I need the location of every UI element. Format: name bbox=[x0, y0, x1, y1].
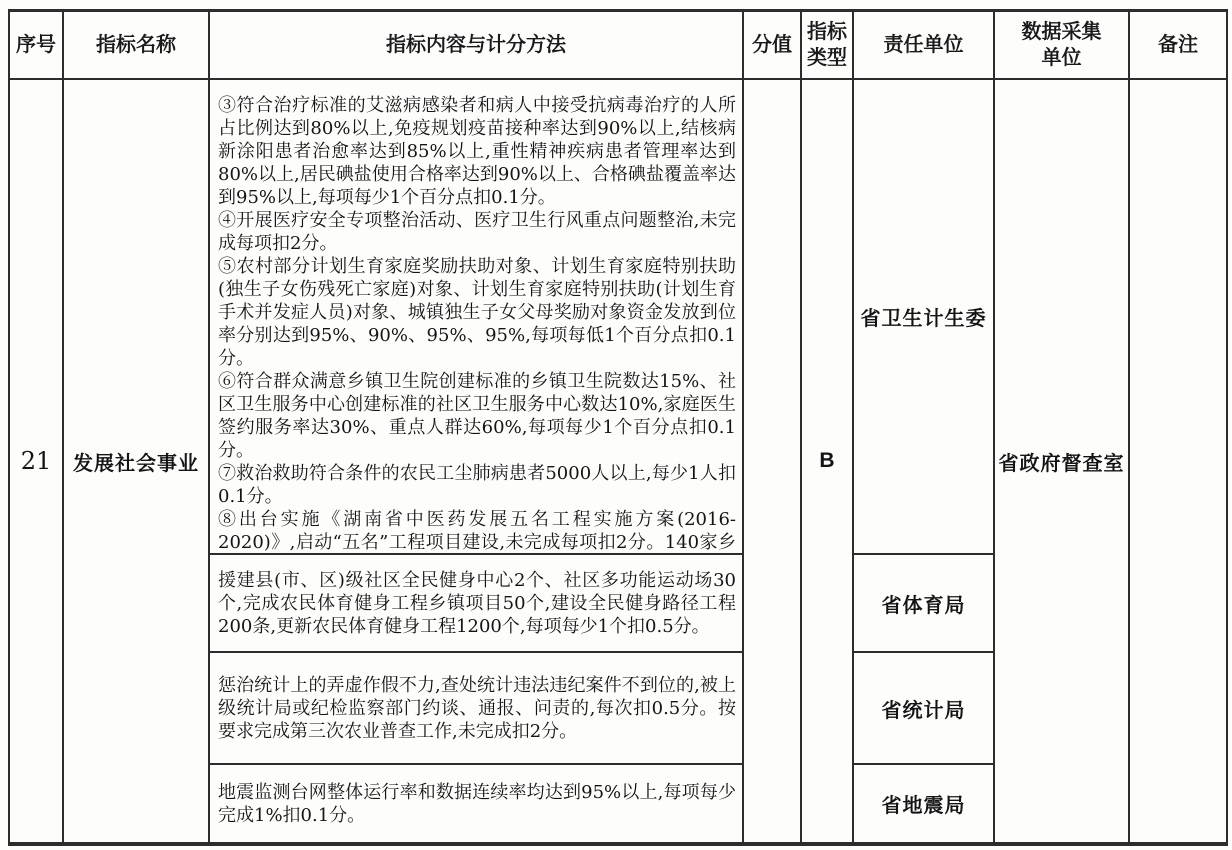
indicator-table: 序号 指标名称 指标内容与计分方法 分值 指标类型 责任单位 数据采集单位 备注… bbox=[8, 9, 1228, 846]
row-remark bbox=[1130, 80, 1226, 842]
paragraph-sports: 援建县(市、区)级社区全民健身中心2个、社区多功能运动场30个,完成农民体育健身… bbox=[218, 569, 736, 638]
row-indicator-name: 发展社会事业 bbox=[64, 80, 210, 842]
responsible-unit-seismology: 省地震局 bbox=[854, 765, 995, 842]
row-data-collection-unit: 省政府督查室 bbox=[995, 80, 1130, 842]
paragraph-health-6: ⑥符合群众满意乡镇卫生院创建标准的乡镇卫生院数达15%、社区卫生服务中心创建标准… bbox=[218, 370, 736, 462]
col-header-indicator-type: 指标类型 bbox=[802, 12, 854, 80]
paragraph-health-3: ③符合治疗标准的艾滋病感染者和病人中接受抗病毒治疗的人所占比例达到80%以上,免… bbox=[218, 94, 736, 209]
responsible-unit-health: 省卫生计生委 bbox=[854, 80, 995, 555]
col-header-content-method: 指标内容与计分方法 bbox=[210, 12, 744, 80]
paragraph-health-7: ⑦救治救助符合条件的农民工尘肺病患者5000人以上,每少1人扣0.1分。 bbox=[218, 462, 736, 508]
content-cell-health: ③符合治疗标准的艾滋病感染者和病人中接受抗病毒治疗的人所占比例达到80%以上,免… bbox=[210, 80, 744, 555]
col-header-responsible-unit: 责任单位 bbox=[854, 12, 995, 80]
content-cell-sports: 援建县(市、区)级社区全民健身中心2个、社区多功能运动场30个,完成农民体育健身… bbox=[210, 555, 744, 653]
responsible-unit-statistics: 省统计局 bbox=[854, 653, 995, 765]
paragraph-health-5: ⑤农村部分计划生育家庭奖励扶助对象、计划生育家庭特别扶助(独生子女伤残死亡家庭)… bbox=[218, 255, 736, 370]
paragraph-seismology: 地震监测台网整体运行率和数据连续率均达到95%以上,每项每少完成1%扣0.1分。 bbox=[218, 781, 736, 827]
content-cell-statistics: 惩治统计上的弄虚作假不力,查处统计违法违纪案件不到位的,被上级统计局或纪检监察部… bbox=[210, 653, 744, 765]
col-header-remark: 备注 bbox=[1130, 12, 1226, 80]
col-header-serial: 序号 bbox=[10, 12, 64, 80]
paragraph-health-4: ④开展医疗安全专项整治活动、医疗卫生行风重点问题整治,未完成每项扣2分。 bbox=[218, 209, 736, 255]
paragraph-health-8: ⑧出台实施《湖南省中医药发展五名工程实施方案(2016-2020)》,启动“五名… bbox=[218, 508, 736, 555]
col-header-data-collection-unit: 数据采集单位 bbox=[995, 12, 1130, 80]
paragraph-statistics: 惩治统计上的弄虚作假不力,查处统计违法违纪案件不到位的,被上级统计局或纪检监察部… bbox=[218, 674, 736, 743]
document-page: 序号 指标名称 指标内容与计分方法 分值 指标类型 责任单位 数据采集单位 备注… bbox=[0, 0, 1232, 850]
row-indicator-type: B bbox=[802, 80, 854, 842]
row-score-value bbox=[744, 80, 802, 842]
col-header-score: 分值 bbox=[744, 12, 802, 80]
col-header-indicator-name: 指标名称 bbox=[64, 12, 210, 80]
row-serial-number: 21 bbox=[10, 80, 64, 842]
content-cell-seismology: 地震监测台网整体运行率和数据连续率均达到95%以上,每项每少完成1%扣0.1分。 bbox=[210, 765, 744, 842]
col-header-data-collection-unit-label: 数据采集单位 bbox=[1014, 19, 1110, 71]
responsible-unit-sports: 省体育局 bbox=[854, 555, 995, 653]
